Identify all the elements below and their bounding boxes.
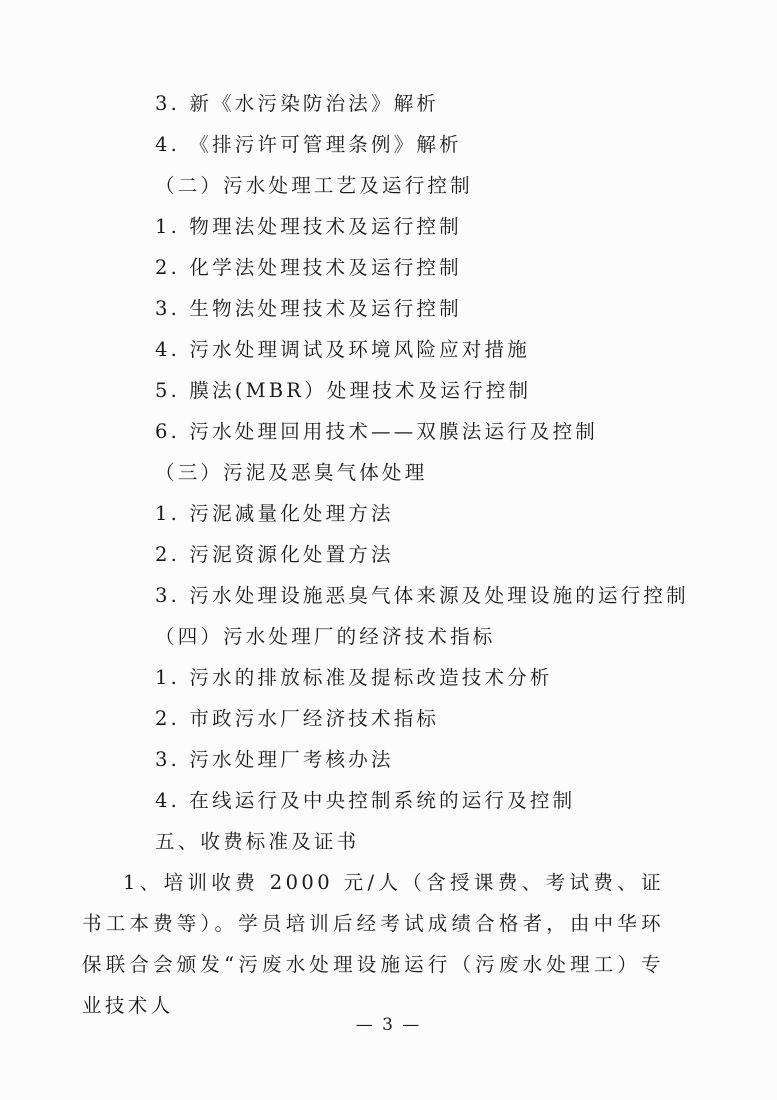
fee-paragraph: 1、培训收费 2000 元/人（含授课费、考试费、证书工本费等）。学员培训后经考…: [82, 862, 664, 1026]
page-number: — 3 —: [0, 1015, 777, 1035]
outline-line: 2. 市政污水厂经济技术指标: [155, 707, 439, 731]
outline-line: 4. 污水处理调试及环境风险应对措施: [155, 338, 530, 362]
outline-line: （四）污水处理厂的经济技术指标: [155, 625, 496, 649]
outline-line: 2. 污泥资源化处置方法: [155, 543, 394, 567]
outline-line: 1. 污水的排放标准及提标改造技术分析: [155, 666, 553, 690]
outline-line: 2. 化学法处理技术及运行控制: [155, 256, 462, 280]
outline-line: 3. 污水处理厂考核办法: [155, 748, 394, 772]
outline-line: 五、收费标准及证书: [155, 830, 359, 854]
outline-line: 3. 污水处理设施恶臭气体来源及处理设施的运行控制: [155, 584, 689, 608]
outline-line: （三）污泥及恶臭气体处理: [155, 461, 427, 485]
outline-line: 5. 膜法(MBR）处理技术及运行控制: [155, 379, 531, 403]
outline-line: 3. 生物法处理技术及运行控制: [155, 297, 462, 321]
outline-line: 3. 新《水污染防治法》解析: [155, 92, 439, 116]
outline-line: 1. 污泥减量化处理方法: [155, 502, 394, 526]
outline-line: 1. 物理法处理技术及运行控制: [155, 215, 462, 239]
document-page: 3. 新《水污染防治法》解析4. 《排污许可管理条例》解析（二）污水处理工艺及运…: [0, 0, 777, 1100]
outline-line: 4. 《排污许可管理条例》解析: [155, 133, 462, 157]
outline-line: 4. 在线运行及中央控制系统的运行及控制: [155, 789, 575, 813]
outline-line: （二）污水处理工艺及运行控制: [155, 174, 473, 198]
outline-line: 6. 污水处理回用技术——双膜法运行及控制: [155, 420, 598, 444]
